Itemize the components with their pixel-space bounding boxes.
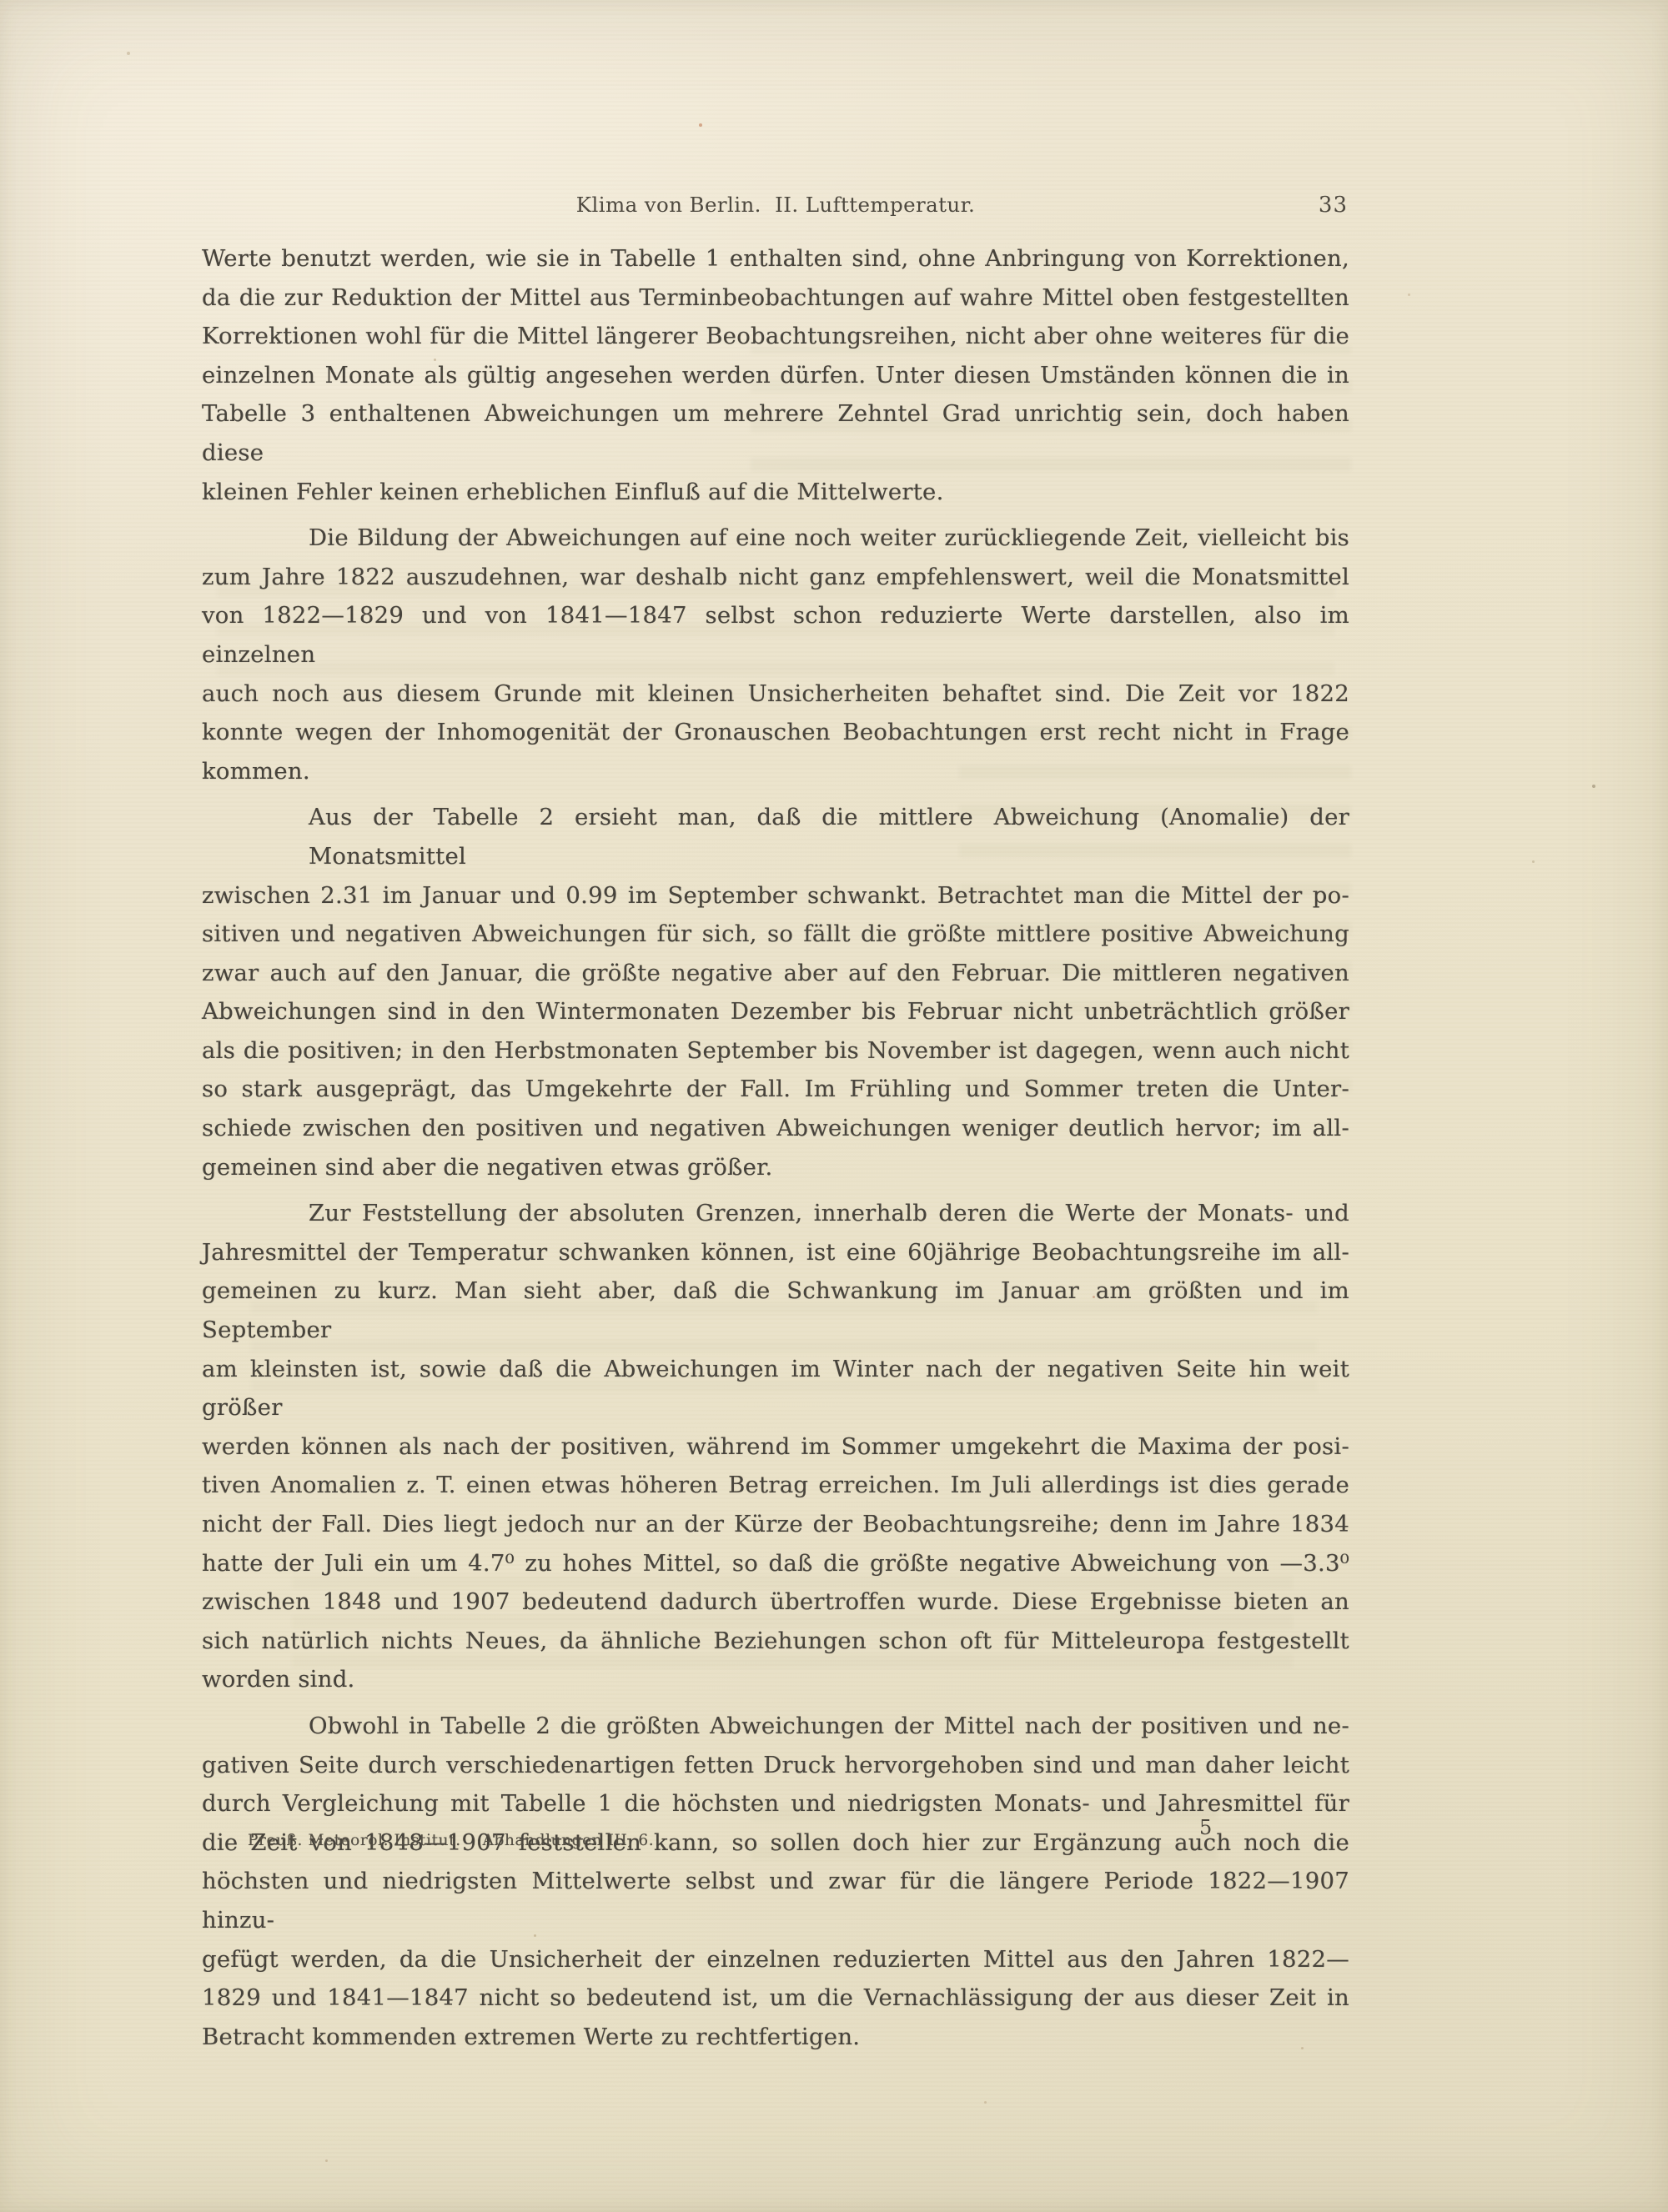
foxing-speck [1592,785,1595,788]
text-line: kleinen Fehler keinen erheblichen Einflu… [202,473,1349,512]
running-title: Klima von Berlin. II. Lufttemperatur. [202,192,1349,218]
text-line: Aus der Tabelle 2 ersieht man, daß die m… [202,798,1349,875]
text-line: höchsten und niedrigsten Mittelwerte sel… [202,1862,1349,1939]
text-line: durch Vergleichung mit Tabelle 1 die höc… [202,1784,1349,1823]
text-line: Werte benutzt werden, wie sie in Tabelle… [202,239,1349,278]
text-line: nicht der Fall. Dies liegt jedoch nur an… [202,1505,1349,1544]
text-line: Zur Feststellung der absoluten Grenzen, … [202,1194,1349,1233]
text-line: sich natürlich nichts Neues, da ähnliche… [202,1622,1349,1661]
foxing-speck [1408,293,1410,296]
text-line: Jahresmittel der Temperatur schwanken kö… [202,1233,1349,1272]
text-line: gemeinen zu kurz. Man sieht aber, daß di… [202,1272,1349,1349]
text-line: 1829 und 1841—1847 nicht so bedeutend is… [202,1979,1349,2018]
page-number: 33 [1319,192,1348,218]
footer-imprint: Preuß. Meteorol. Institut. Abhandlungen … [248,1832,654,1849]
text-line: sitiven und negativen Abweichungen für s… [202,915,1349,954]
text-line: Korrektionen wohl für die Mittel längere… [202,317,1349,356]
text-line: konnte wegen der Inhomogenität der Grona… [202,713,1349,752]
foxing-speck [325,2159,328,2162]
paragraph: Zur Feststellung der absoluten Grenzen, … [202,1194,1349,1699]
text-line: zwischen 1848 und 1907 bedeutend dadurch… [202,1583,1349,1622]
paragraph: Werte benutzt werden, wie sie in Tabelle… [202,239,1349,511]
paragraph: Die Bildung der Abweichungen auf eine no… [202,519,1349,790]
text-line: von 1822—1829 und von 1841—1847 selbst s… [202,596,1349,674]
scanned-book-page: Klima von Berlin. II. Lufttemperatur. 33… [0,0,1668,2212]
text-line: Die Bildung der Abweichungen auf eine no… [202,519,1349,558]
text-line: zum Jahre 1822 auszudehnen, war deshalb … [202,558,1349,597]
text-line: werden können als nach der positiven, wä… [202,1427,1349,1467]
text-line: zwischen 2.31 im Januar und 0.99 im Sept… [202,876,1349,915]
signature-mark: 5 [1199,1816,1212,1839]
text-line: schiede zwischen den positiven und negat… [202,1109,1349,1148]
text-line: gativen Seite durch verschiedenartigen f… [202,1746,1349,1785]
text-line: am kleinsten ist, sowie daß die Abweichu… [202,1350,1349,1427]
paragraph: Obwohl in Tabelle 2 die größten Abweichu… [202,1707,1349,2056]
text-line: auch noch aus diesem Grunde mit kleinen … [202,675,1349,714]
text-line: hatte der Juli ein um 4.7⁰ zu hohes Mitt… [202,1544,1349,1583]
page-header: Klima von Berlin. II. Lufttemperatur. 33 [202,192,1349,222]
foxing-speck [1532,860,1535,863]
text-line: so stark ausgeprägt, das Umgekehrte der … [202,1070,1349,1109]
text-line: einzelnen Monate als gültig angesehen we… [202,356,1349,395]
paragraph: Aus der Tabelle 2 ersieht man, daß die m… [202,798,1349,1186]
text-line: da die zur Reduktion der Mittel aus Term… [202,278,1349,318]
text-line: als die positiven; in den Herbstmonaten … [202,1031,1349,1071]
text-line: gemeinen sind aber die negativen etwas g… [202,1148,1349,1187]
foxing-speck [127,52,130,55]
text-line: gefügt werden, da die Unsicherheit der e… [202,1940,1349,1979]
text-line: worden sind. [202,1660,1349,1699]
foxing-speck [984,2101,987,2104]
text-line: kommen. [202,752,1349,791]
text-line: tiven Anomalien z. T. einen etwas höhere… [202,1466,1349,1505]
foxing-speck [699,123,702,127]
text-line: Betracht kommenden extremen Werte zu rec… [202,2018,1349,2057]
text-line: Obwohl in Tabelle 2 die größten Abweichu… [202,1707,1349,1746]
text-line: Abweichungen sind in den Wintermonaten D… [202,992,1349,1031]
text-block: Werte benutzt werden, wie sie in Tabelle… [202,239,1349,2056]
text-line: Tabelle 3 enthaltenen Abweichungen um me… [202,394,1349,472]
text-line: zwar auch auf den Januar, die größte neg… [202,954,1349,993]
